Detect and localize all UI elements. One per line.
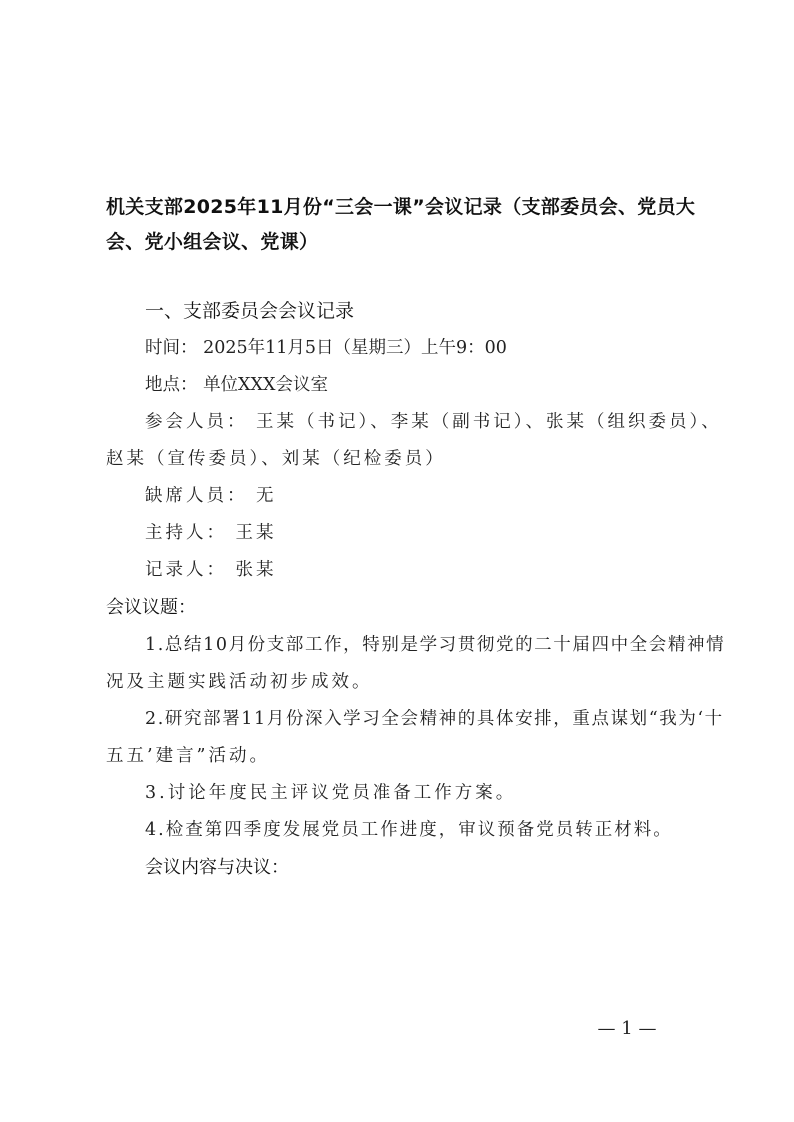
content-heading: 会议内容与决议： <box>145 849 698 886</box>
agenda-item-1-line-1: 1.总结10月份支部工作，特别是学习贯彻党的二十届四中全会精神情 <box>145 627 698 664</box>
agenda-heading: 会议议题： <box>106 589 698 626</box>
section-heading: 一、支部委员会会议记录 <box>145 293 354 330</box>
document-page: 机关支部2025年11月份“三会一课”会议记录（支部委员会、党员大会、党小组会议… <box>0 0 794 1122</box>
agenda-item-1-line-2: 况及主题实践活动初步成效。 <box>106 664 698 701</box>
meeting-location: 地点： 单位XXX会议室 <box>145 367 698 404</box>
agenda-item-2-line-1: 2.研究部署11月份深入学习全会精神的具体安排，重点谋划“我为‘十 <box>145 701 698 738</box>
agenda-item-4: 4.检查第四季度发展党员工作进度，审议预备党员转正材料。 <box>145 812 698 849</box>
attendees-line-1: 参会人员： 王某（书记）、李某（副书记）、张某（组织委员）、 <box>145 404 698 441</box>
absent-members: 缺席人员： 无 <box>145 478 698 515</box>
agenda-item-2-line-2: 五五’建言”活动。 <box>106 738 698 775</box>
page-number: — 1 — <box>592 1016 662 1042</box>
meeting-recorder: 记录人： 张某 <box>145 552 698 589</box>
document-title: 机关支部2025年11月份“三会一课”会议记录（支部委员会、党员大会、党小组会议… <box>106 190 706 260</box>
meeting-host: 主持人： 王某 <box>145 515 698 552</box>
meeting-time: 时间： 2025年11月5日（星期三）上午9：00 <box>145 330 698 367</box>
attendees-line-2: 赵某（宣传委员）、刘某（纪检委员） <box>106 441 698 478</box>
agenda-item-3: 3.讨论年度民主评议党员准备工作方案。 <box>145 775 698 812</box>
